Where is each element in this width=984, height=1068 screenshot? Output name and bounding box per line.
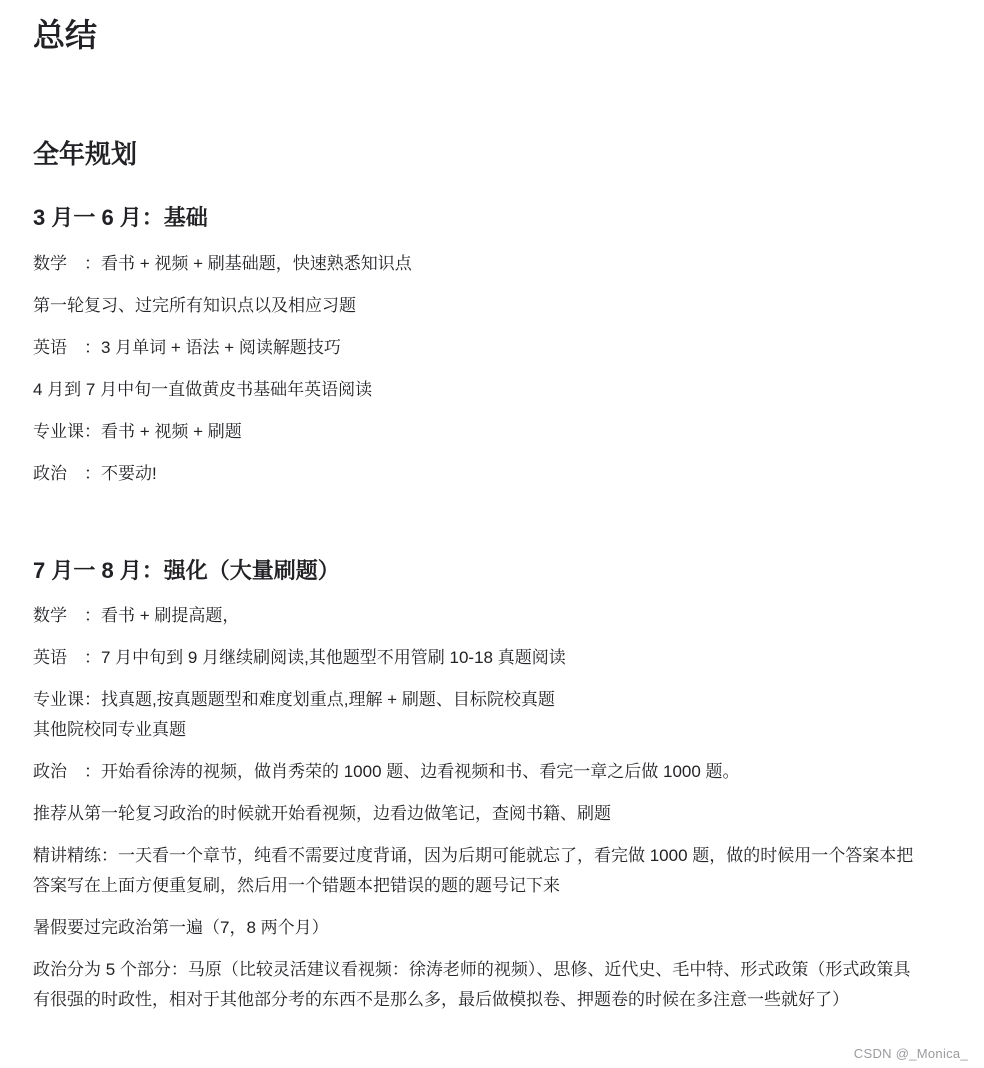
phase2-paragraph-politics-advice: 推荐从第一轮复习政治的时候就开始看视频，边看边做笔记，查阅书籍、刷题 [33,799,918,829]
phase1-paragraph-politics: 政治 ：不要动! [33,459,918,489]
phase2-paragraph-english: 英语 ：7 月中旬到 9 月继续刷阅读,其他题型不用管刷 10-18 真题阅读 [33,643,918,673]
phase2-paragraph-politics: 政治 ：开始看徐涛的视频，做肖秀荣的 1000 题、边看视频和书、看完一章之后做… [33,757,918,787]
page-title: 总结 [33,16,918,54]
subsection-heading-phase1: 3 月一 6 月：基础 [33,204,918,233]
phase2-paragraph-jingjiang-jinglian: 精讲精练：一天看一个章节，纯看不需要过度背诵，因为后期可能就忘了，看完做 100… [33,841,918,901]
article-body: 总结 全年规划 3 月一 6 月：基础 数学 ：看书 + 视频 + 刷基础题，快… [0,0,984,1015]
subsection-heading-phase2: 7 月一 8 月：强化（大量刷题） [33,557,918,586]
csdn-watermark: CSDN @_Monica_ [854,1047,968,1060]
phase2-paragraph-major-course: 专业课：找真题,按真题题型和难度划重点,理解 + 刷题、目标院校真题 其他院校同… [33,685,918,745]
phase1-paragraph-major-course: 专业课：看书 + 视频 + 刷题 [33,417,918,447]
phase1-paragraph-english: 英语 ：3 月单词 + 语法 + 阅读解题技巧 [33,333,918,363]
phase1-paragraph-math: 数学 ：看书 + 视频 + 刷基础题，快速熟悉知识点 [33,249,918,279]
phase2-paragraph-politics-parts: 政治分为 5 个部分：马原（比较灵活建议看视频：徐涛老师的视频）、思修、近代史、… [33,955,918,1015]
phase2-paragraph-summer-goal: 暑假要过完政治第一遍（7，8 两个月） [33,913,918,943]
article-page: 总结 全年规划 3 月一 6 月：基础 数学 ：看书 + 视频 + 刷基础题，快… [0,0,984,1068]
section-heading-annual-plan: 全年规划 [33,138,918,172]
article-content: 总结 全年规划 3 月一 6 月：基础 数学 ：看书 + 视频 + 刷基础题，快… [33,16,918,1015]
phase1-paragraph-english-reading: 4 月到 7 月中旬一直做黄皮书基础年英语阅读 [33,375,918,405]
phase1-paragraph-first-round: 第一轮复习、过完所有知识点以及相应习题 [33,291,918,321]
phase2-paragraph-math: 数学 ：看书 + 刷提高题， [33,601,918,631]
